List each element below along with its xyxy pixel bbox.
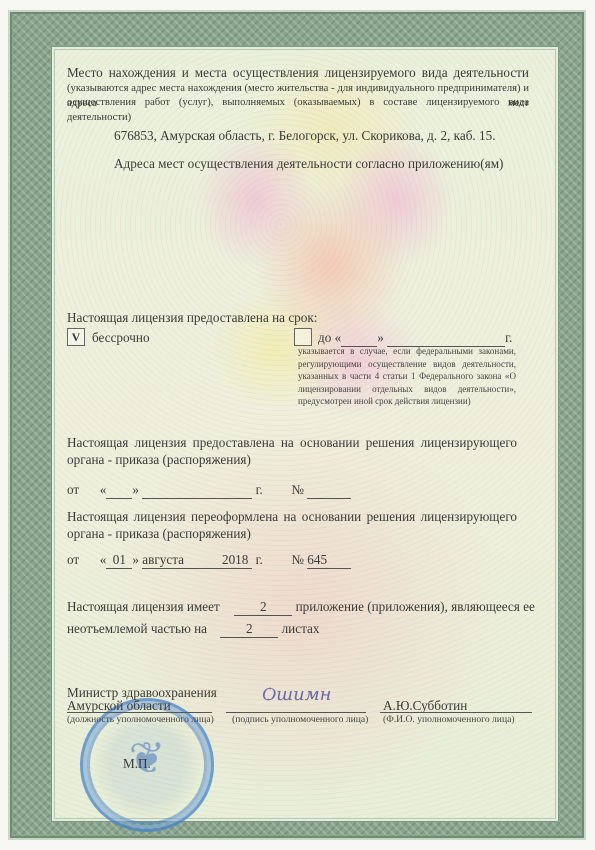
- reissued-month: августа: [142, 552, 184, 567]
- location-hint-line2: осуществления работ (услуг), выполняемых…: [67, 95, 529, 125]
- sheets-prefix: неотъемлемой частью на: [67, 620, 217, 637]
- quote-open: «: [100, 552, 107, 567]
- until-suffix: г.: [505, 330, 512, 345]
- appendix-address-note: Адреса мест осуществления деятельности с…: [114, 155, 514, 172]
- appendices-prefix: Настоящая лицензия имеет: [67, 599, 220, 614]
- reissued-date-row: от «01» августа2018 г. № 645: [67, 551, 387, 569]
- granted-number[interactable]: [307, 481, 351, 499]
- reissued-day[interactable]: 01: [106, 551, 132, 569]
- seal-label: М.П.: [123, 755, 151, 772]
- sheets-suffix: листах: [282, 621, 320, 636]
- reissued-month-year[interactable]: августа2018: [142, 551, 252, 569]
- reissued-year: 2018: [222, 552, 248, 567]
- name-underline: [380, 712, 532, 713]
- appendices-line2: неотъемлемой частью на 2 листах: [67, 620, 319, 638]
- indefinite-label: бессрочно: [92, 329, 150, 346]
- granted-year-suffix: г.: [256, 482, 263, 497]
- term-label: Настоящая лицензия предоставлена на срок…: [67, 309, 317, 326]
- until-mid: »: [377, 330, 384, 345]
- granted-day[interactable]: [106, 481, 132, 499]
- quote-close: »: [132, 482, 139, 497]
- term-note-line: указывается в случае, если федеральными …: [298, 345, 516, 358]
- location-heading: Место нахождения и места осуществления л…: [67, 64, 529, 81]
- quote-close: »: [132, 552, 139, 567]
- term-note-line: регулирующими осуществление видов деятел…: [298, 358, 516, 371]
- reissued-from-label: от: [67, 552, 79, 567]
- granted-from-label: от: [67, 482, 79, 497]
- position-caption: (должность уполномоченного лица): [67, 714, 214, 725]
- position-underline: [67, 712, 212, 713]
- appendices-suffix: приложение (приложения), являющееся ее: [296, 599, 535, 614]
- signature-mark: Ѻшимн: [262, 684, 352, 710]
- granted-text-line1: Настоящая лицензия предоставлена на осно…: [67, 434, 517, 451]
- granted-text-line2: органа - приказа (распоряжения): [67, 451, 251, 468]
- signature-underline: [226, 712, 366, 713]
- quote-open: «: [100, 482, 107, 497]
- granted-date-row: от « » г. №: [67, 481, 367, 499]
- granted-month-year[interactable]: [142, 481, 252, 499]
- sheets-count[interactable]: 2: [220, 620, 278, 638]
- term-note-line: предусмотрен иной срок действия лицензии…: [298, 395, 516, 408]
- reissued-year-suffix: г.: [256, 552, 263, 567]
- name-caption: (Ф.И.О. уполномоченного лица): [383, 714, 515, 725]
- fixed-term-checkbox[interactable]: [294, 328, 312, 346]
- until-prefix: до «: [318, 330, 341, 345]
- reissued-text-line1: Настоящая лицензия переоформлена на осно…: [67, 508, 517, 525]
- indefinite-checkbox[interactable]: V: [67, 328, 85, 346]
- reissued-text-line2: органа - приказа (распоряжения): [67, 525, 251, 542]
- term-note-line: указанных в части 4 статьи 1 Федеральног…: [298, 370, 516, 383]
- signature-caption: (подпись уполномоченного лица): [232, 714, 368, 725]
- appendices-line1: Настоящая лицензия имеет 2 приложение (п…: [67, 598, 535, 616]
- reissued-number[interactable]: 645: [307, 551, 351, 569]
- term-note: указывается в случае, если федеральными …: [298, 345, 516, 408]
- appendices-count[interactable]: 2: [234, 598, 292, 616]
- reissued-number-label: №: [291, 552, 304, 567]
- granted-number-label: №: [291, 482, 304, 497]
- location-address: 676853, Амурская область, г. Белогорск, …: [114, 127, 514, 144]
- term-note-line: лицензировании отдельных видов деятельно…: [298, 383, 516, 396]
